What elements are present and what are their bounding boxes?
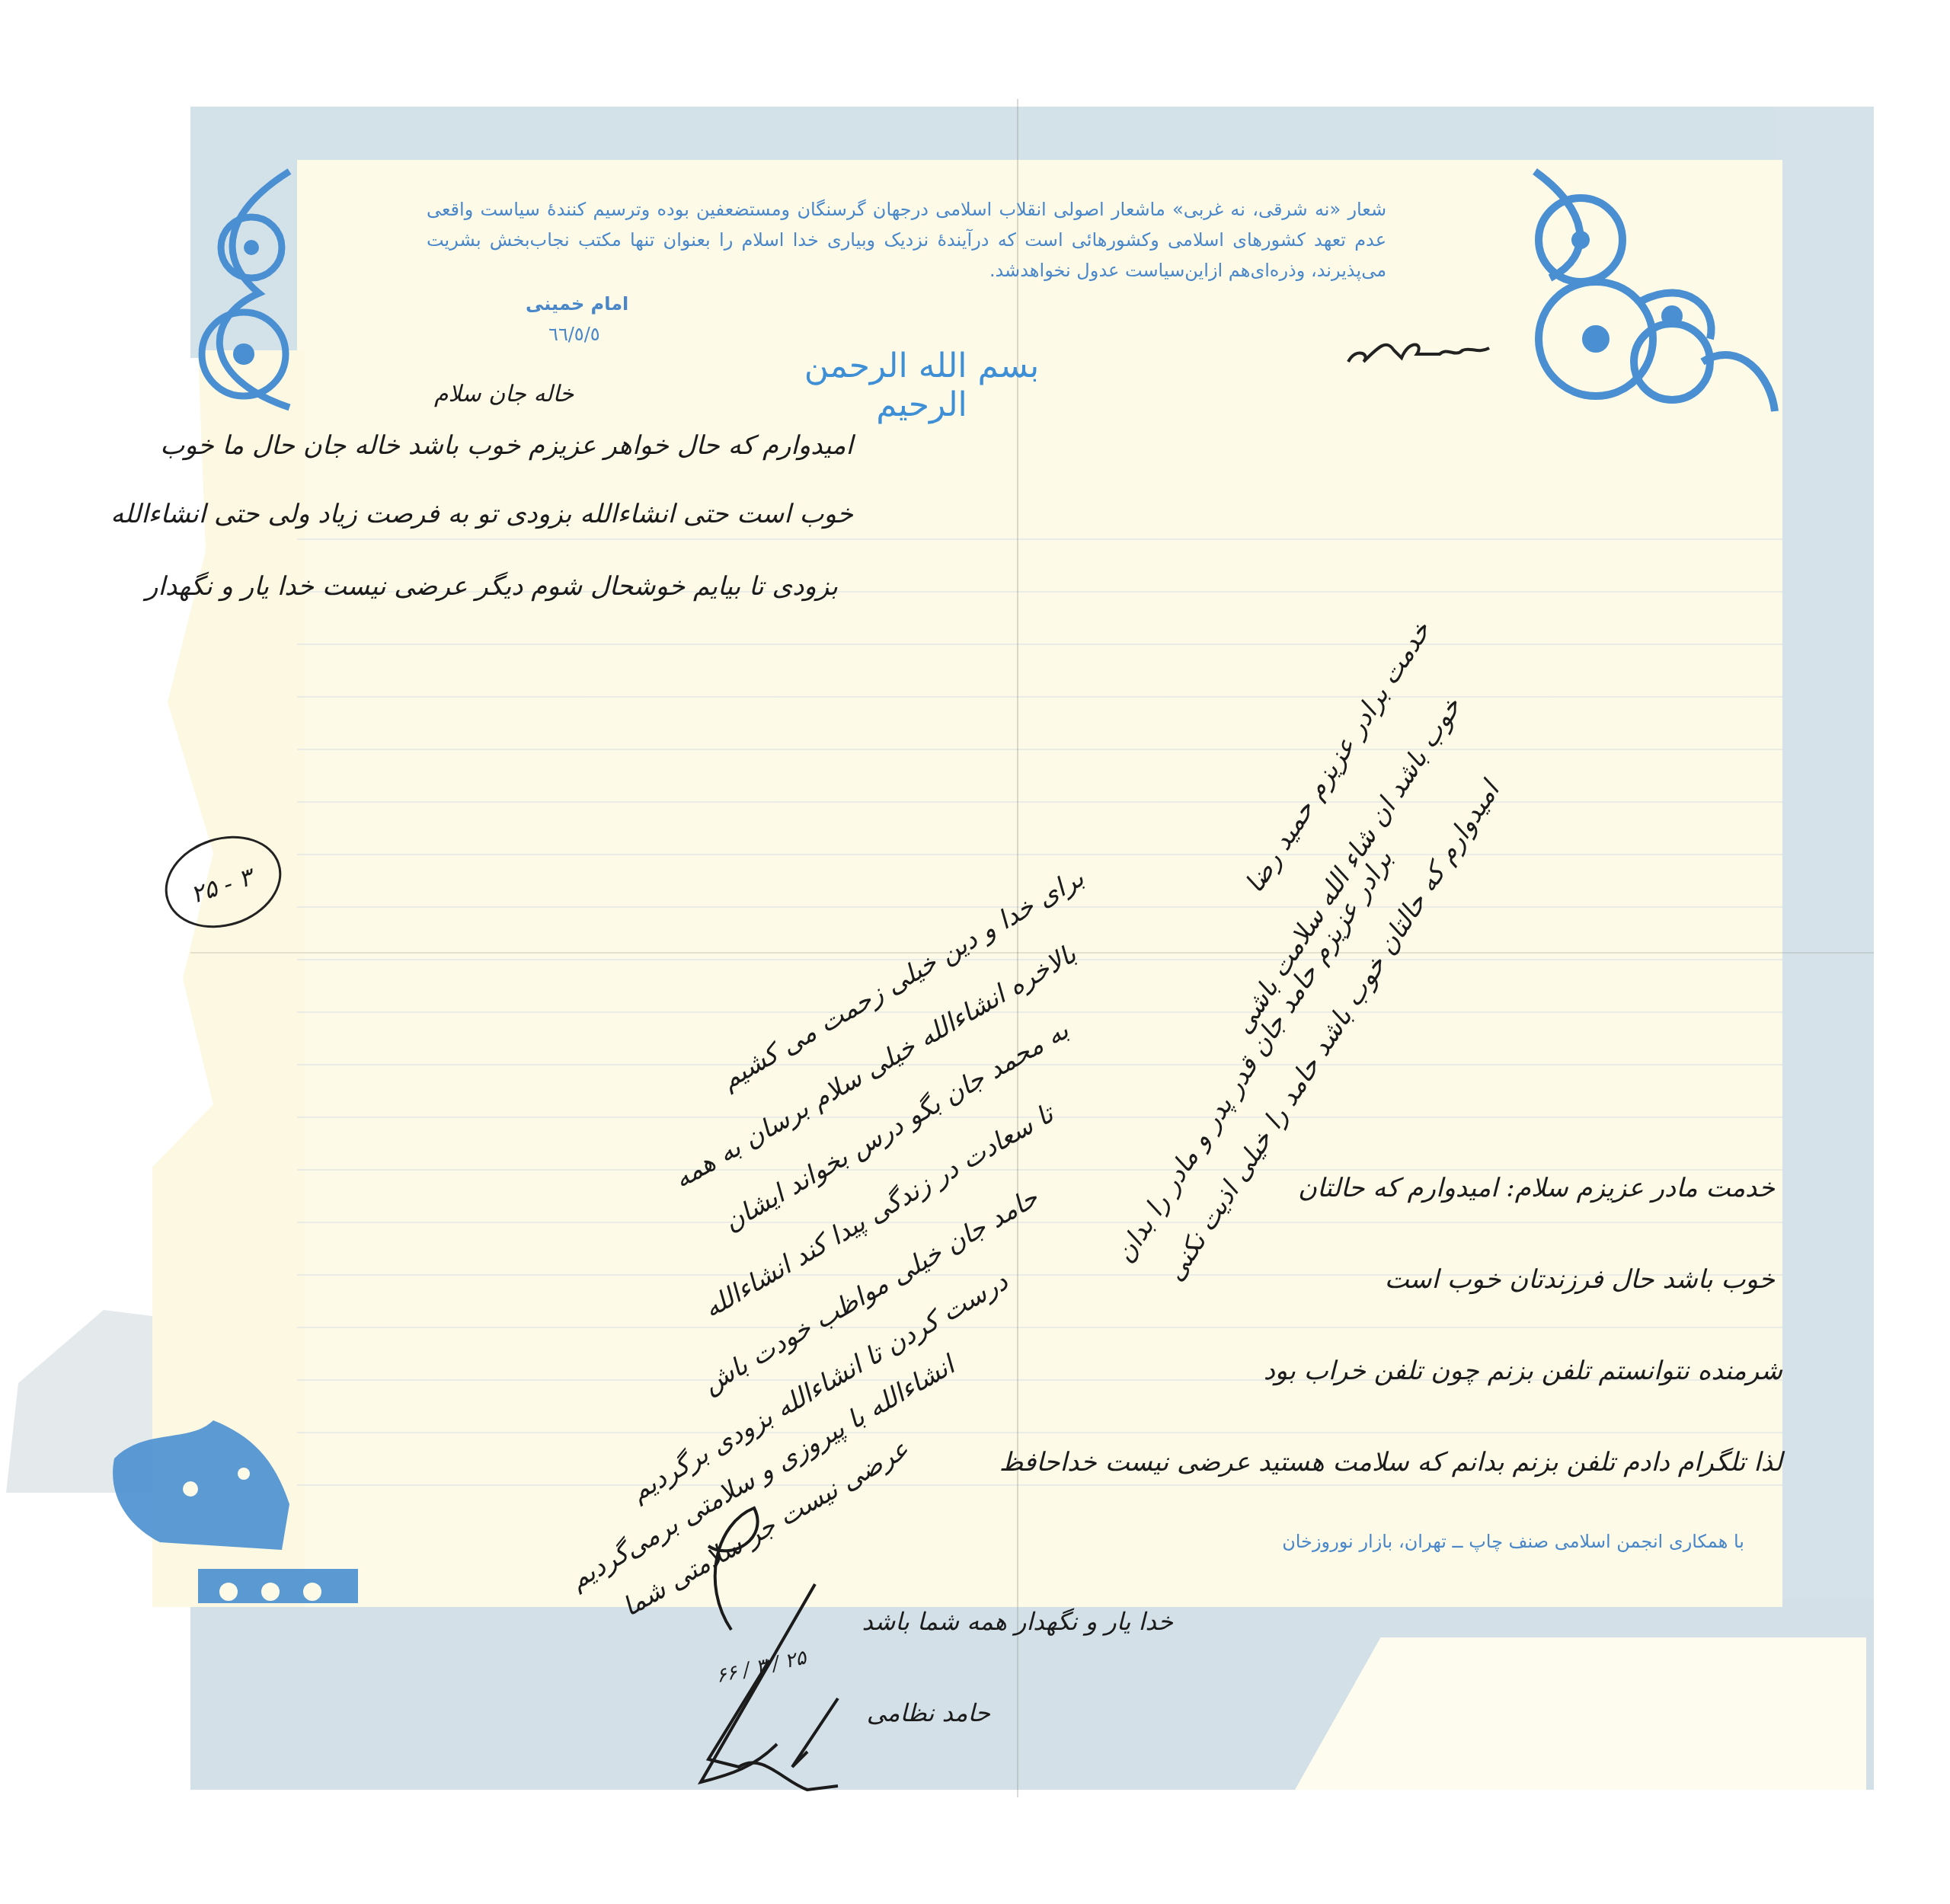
bismillah-heading: بسم الله الرحمن الرحیم — [792, 347, 1051, 424]
handwritten-greeting: خاله جان سلام — [434, 381, 574, 407]
signature-scribble-icon — [1341, 331, 1493, 369]
corner-ornament-top-right-icon — [1520, 164, 1779, 415]
corner-ornament-top-left-icon — [183, 164, 297, 415]
handwritten-line: لذا تلگرام دادم تلفن بزنم بدانم که سلامت… — [1051, 1447, 1782, 1478]
blue-frame-right — [1775, 107, 1874, 1676]
handwritten-line: خوب است حتی انشاءالله بزودی تو به فرصت ز… — [183, 499, 853, 529]
handwritten-line: خوب باشد حال فرزندتان خوب است — [1226, 1264, 1775, 1295]
printer-credit: با همکاری انجمن اسلامی صنف چاپ ــ تهران،… — [1143, 1531, 1744, 1552]
handwritten-line: شرمنده نتوانستم تلفن بزنم چون تلفن خراب … — [1188, 1356, 1782, 1386]
paper-bottom-right-flap — [1295, 1637, 1866, 1790]
letterhead-date: ٦٦/٥/٥ — [548, 324, 600, 345]
signature-stroke-icon — [686, 1493, 884, 1797]
horizontal-fold-line — [190, 952, 1874, 954]
letterhead-quote: شعار «نه شرقی، نه غربی» ماشعار اصولی انق… — [427, 194, 1386, 286]
letter-sheet: شعار «نه شرقی، نه غربی» ماشعار اصولی انق… — [0, 0, 1950, 1904]
corner-ornament-bottom-left-icon — [99, 1413, 373, 1603]
handwritten-line: بزودی تا بیایم خوشحال شوم دیگر عرضی نیست… — [168, 571, 838, 602]
handwritten-line: خدمت مادر عزیزم سلام: امیدوارم که حالتان — [1226, 1173, 1775, 1203]
letterhead-quote-author: امام خمینی — [526, 293, 628, 315]
circled-note-text: ۲۵ - ۳ — [187, 862, 256, 909]
handwritten-line: امیدوارم که حال خواهر عزیزم خوب باشد خال… — [183, 430, 853, 461]
